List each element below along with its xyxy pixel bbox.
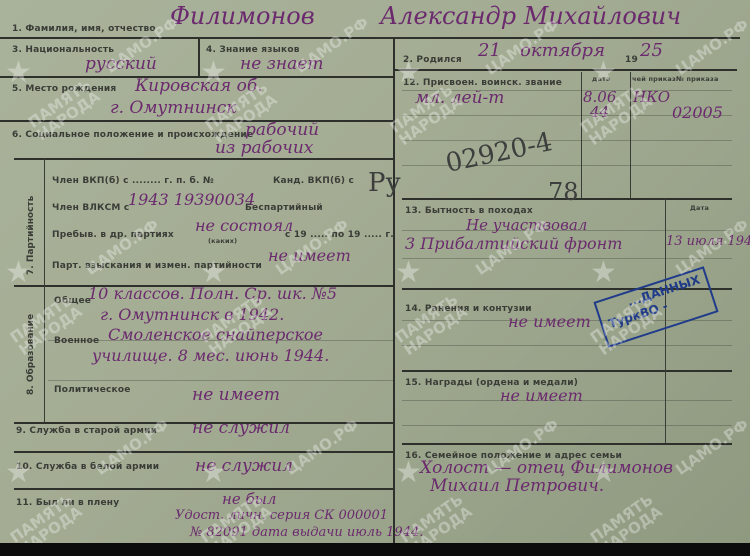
id-note-line1: Удост. личн. серия СК 000001	[175, 508, 388, 523]
star-icon: ★	[590, 55, 617, 90]
rule	[14, 158, 394, 160]
field-7-vlksm-label: Член ВЛКСМ с	[52, 203, 129, 213]
dotted-rule	[402, 345, 732, 346]
field-1-last-name: Филимонов	[170, 2, 315, 30]
field-7-kand-label: Канд. ВКП(б) с	[273, 176, 354, 186]
field-14-value: не имеет	[508, 312, 591, 331]
star-icon: ★	[395, 55, 422, 90]
star-icon: ★	[395, 255, 422, 290]
rule	[402, 443, 732, 445]
field-6-value-line1: рабочий	[245, 120, 319, 140]
star-icon: ★	[5, 255, 32, 290]
star-icon: ★	[590, 455, 617, 490]
watermark-tsamo: ЦАМО.РФ	[673, 417, 750, 478]
field-13-col-date: Дата	[690, 204, 709, 212]
field-1-label: 1. Фамилия, имя, отчество	[12, 24, 156, 34]
field-9-value: не служил	[192, 418, 290, 438]
scan-border	[0, 543, 750, 556]
field-7-other-parties-sub: (каких)	[208, 237, 237, 245]
dotted-rule	[48, 380, 393, 381]
star-icon: ★	[590, 255, 617, 290]
field-16-value-line1: Холост — отец Филимонов	[420, 458, 673, 478]
star-icon: ★	[200, 455, 227, 490]
field-1-first-middle-name: Александр Михайлович	[380, 2, 681, 30]
field-15-value: не имеет	[500, 386, 583, 405]
field-12-col-order-by: чей приказ	[632, 75, 676, 83]
field-7-vlksm-value: 1943 19390034	[128, 190, 255, 209]
field-8-political-label: Политическое	[54, 385, 131, 395]
section-divider	[44, 158, 45, 422]
field-6-value-line2: из рабочих	[215, 138, 313, 158]
rule	[402, 370, 732, 372]
pencil-initials: Ру	[368, 168, 401, 198]
dotted-rule	[402, 140, 732, 141]
watermark-tsamo: ЦАМО.РФ	[283, 417, 361, 478]
watermark-pamyat-naroda: ПАМЯТЬНАРОДА	[393, 292, 470, 358]
star-icon: ★	[200, 55, 227, 90]
star-icon: ★	[5, 455, 32, 490]
star-icon: ★	[200, 255, 227, 290]
pencil-mark: 78	[548, 178, 579, 206]
field-7-bespart-label: Беспартийный	[245, 203, 323, 213]
field-7-other-parties-value: не состоял	[195, 216, 293, 235]
field-7-vkp-label: Член ВКП(б) с ........ г. п. б. №	[52, 176, 214, 186]
star-icon: ★	[5, 55, 32, 90]
officer-record-card: 1. Фамилия, имя, отчество Филимонов Алек…	[0, 0, 750, 543]
field-2-year-prefix: 19	[625, 55, 638, 65]
field-13-label: 13. Бытность в походах	[405, 206, 533, 216]
field-10-label: 10. Служба в белой армии	[16, 462, 159, 472]
star-icon: ★	[395, 455, 422, 490]
dotted-rule	[402, 425, 732, 426]
field-2-year-suffix: 25	[640, 40, 663, 61]
field-8-political-value: не имеет	[192, 385, 280, 405]
field-8-military-label: Военное	[54, 336, 99, 346]
field-12-order-no: 02005	[672, 103, 723, 122]
pencil-number: 02920-4	[443, 127, 555, 179]
column-divider	[581, 72, 582, 198]
watermark-pamyat-naroda: ПАМЯТЬНАРОДА	[8, 292, 85, 358]
field-12-label: 12. Присвоен. воинск. звание	[403, 78, 562, 88]
rule	[0, 37, 740, 39]
rule	[14, 451, 394, 453]
